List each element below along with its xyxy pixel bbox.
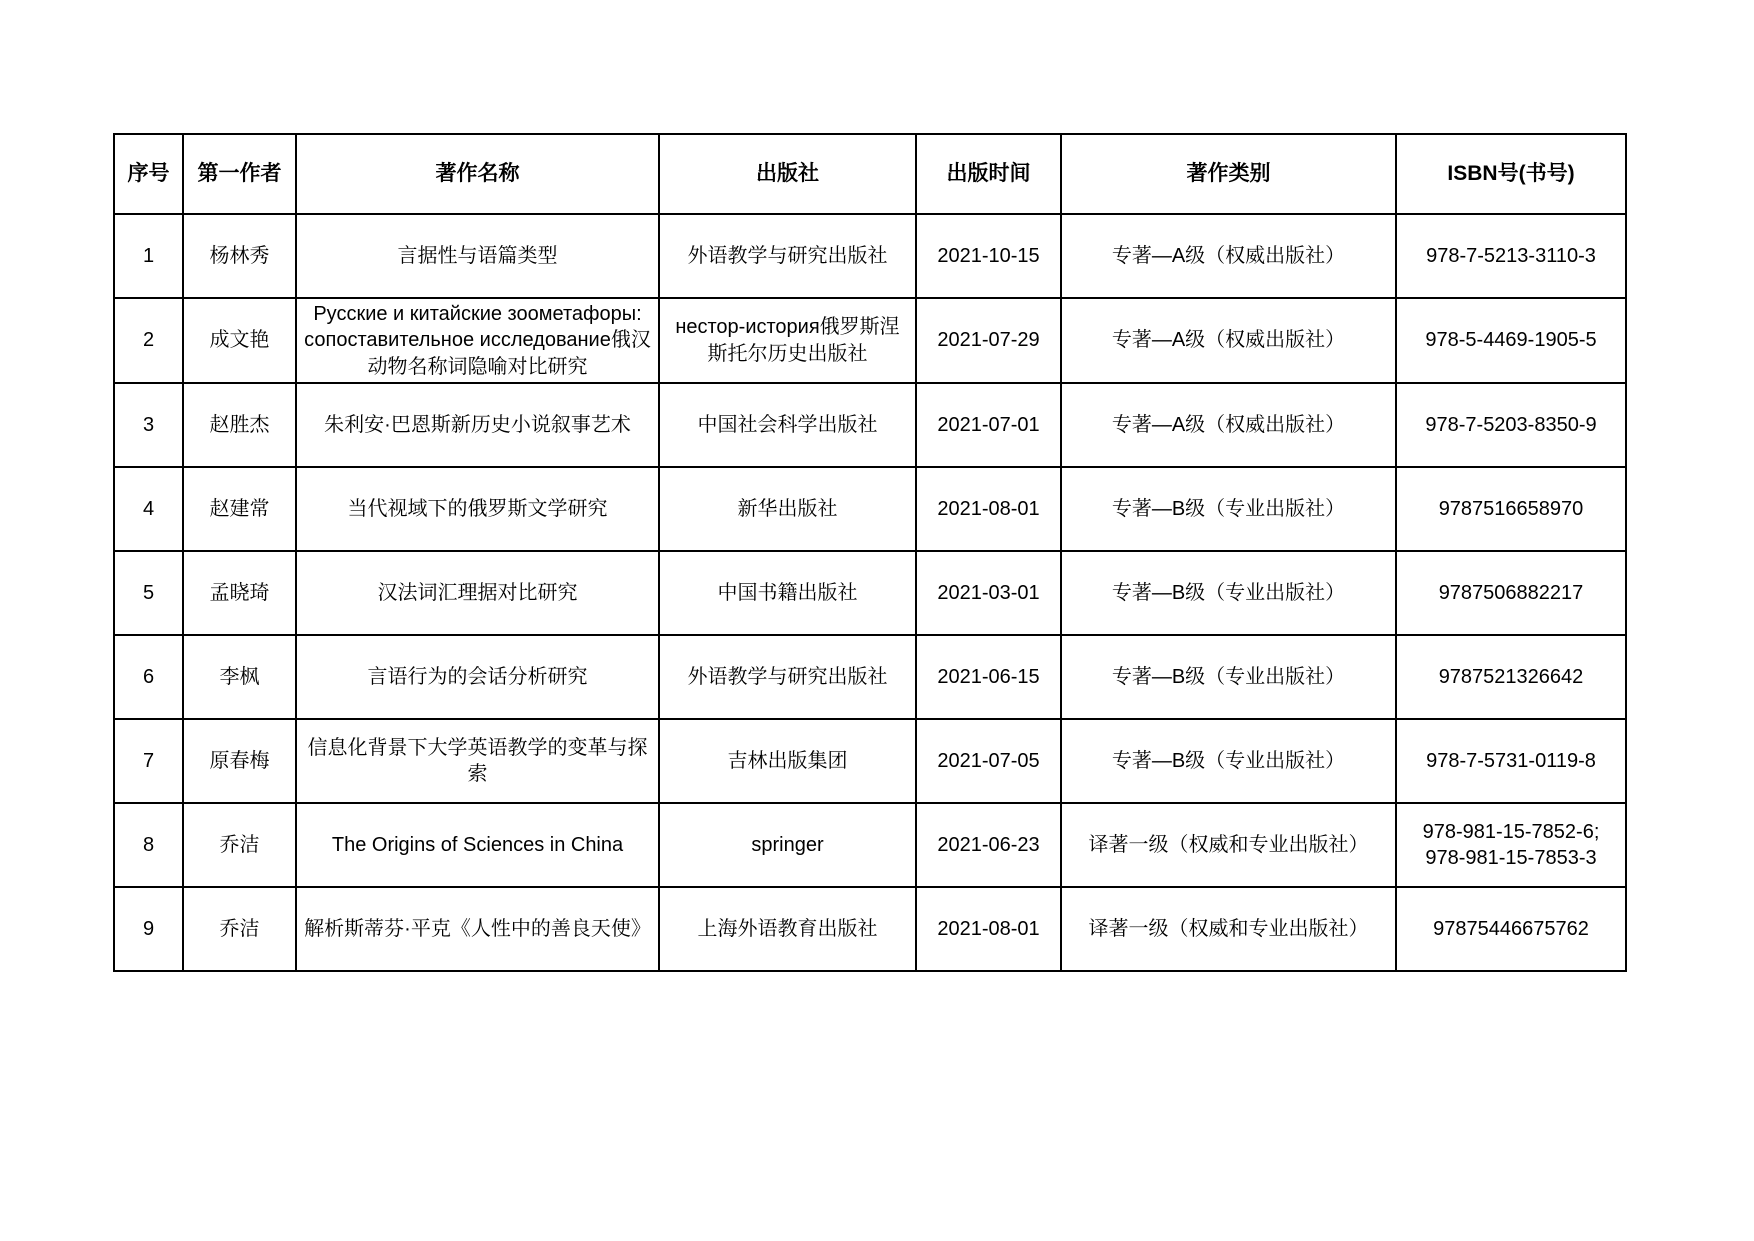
col-header-date: 出版时间 (916, 134, 1061, 214)
cell-author: 乔洁 (183, 803, 296, 887)
cell-author: 孟晓琦 (183, 551, 296, 635)
cell-publisher: 吉林出版集团 (659, 719, 916, 803)
cell-isbn: 978-7-5213-3110-3 (1396, 214, 1626, 298)
cell-isbn: 978-7-5731-0119-8 (1396, 719, 1626, 803)
cell-date: 2021-08-01 (916, 887, 1061, 971)
cell-publisher: нестор-история俄罗斯涅斯托尔历史出版社 (659, 298, 916, 383)
cell-publisher: 外语教学与研究出版社 (659, 214, 916, 298)
cell-title: 言语行为的会话分析研究 (296, 635, 659, 719)
cell-seq: 6 (114, 635, 183, 719)
cell-date: 2021-10-15 (916, 214, 1061, 298)
table-row: 3 赵胜杰 朱利安·巴恩斯新历史小说叙事艺术 中国社会科学出版社 2021-07… (114, 383, 1626, 467)
publications-table: 序号 第一作者 著作名称 出版社 出版时间 著作类别 ISBN号(书号) 1 杨… (113, 133, 1627, 972)
cell-seq: 3 (114, 383, 183, 467)
cell-title: The Origins of Sciences in China (296, 803, 659, 887)
cell-seq: 7 (114, 719, 183, 803)
cell-author: 成文艳 (183, 298, 296, 383)
cell-date: 2021-06-23 (916, 803, 1061, 887)
header-row: 序号 第一作者 著作名称 出版社 出版时间 著作类别 ISBN号(书号) (114, 134, 1626, 214)
cell-author: 赵建常 (183, 467, 296, 551)
cell-seq: 8 (114, 803, 183, 887)
cell-title: Русские и китайские зоометафоры: сопоста… (296, 298, 659, 383)
table-row: 5 孟晓琦 汉法词汇理据对比研究 中国书籍出版社 2021-03-01 专著—B… (114, 551, 1626, 635)
cell-title: 解析斯蒂芬·平克《人性中的善良天使》 (296, 887, 659, 971)
cell-isbn: 978-5-4469-1905-5 (1396, 298, 1626, 383)
table-row: 8 乔洁 The Origins of Sciences in China sp… (114, 803, 1626, 887)
cell-category: 专著—B级（专业出版社） (1061, 467, 1396, 551)
cell-author: 原春梅 (183, 719, 296, 803)
cell-isbn: 978-7-5203-8350-9 (1396, 383, 1626, 467)
cell-title: 朱利安·巴恩斯新历史小说叙事艺术 (296, 383, 659, 467)
cell-category: 专著—B级（专业出版社） (1061, 635, 1396, 719)
table-row: 6 李枫 言语行为的会话分析研究 外语教学与研究出版社 2021-06-15 专… (114, 635, 1626, 719)
cell-isbn: 9787506882217 (1396, 551, 1626, 635)
cell-isbn: 9787521326642 (1396, 635, 1626, 719)
cell-author: 李枫 (183, 635, 296, 719)
cell-publisher: springer (659, 803, 916, 887)
cell-date: 2021-08-01 (916, 467, 1061, 551)
cell-author: 杨林秀 (183, 214, 296, 298)
cell-seq: 9 (114, 887, 183, 971)
cell-seq: 4 (114, 467, 183, 551)
cell-category: 专著—B级（专业出版社） (1061, 719, 1396, 803)
cell-isbn: 97875446675762 (1396, 887, 1626, 971)
cell-date: 2021-06-15 (916, 635, 1061, 719)
cell-title: 当代视域下的俄罗斯文学研究 (296, 467, 659, 551)
col-header-author: 第一作者 (183, 134, 296, 214)
cell-date: 2021-07-05 (916, 719, 1061, 803)
table-row: 4 赵建常 当代视域下的俄罗斯文学研究 新华出版社 2021-08-01 专著—… (114, 467, 1626, 551)
cell-title: 言据性与语篇类型 (296, 214, 659, 298)
cell-category: 专著—A级（权威出版社） (1061, 214, 1396, 298)
cell-isbn: 9787516658970 (1396, 467, 1626, 551)
cell-publisher: 外语教学与研究出版社 (659, 635, 916, 719)
table-row: 7 原春梅 信息化背景下大学英语教学的变革与探索 吉林出版集团 2021-07-… (114, 719, 1626, 803)
table-row: 9 乔洁 解析斯蒂芬·平克《人性中的善良天使》 上海外语教育出版社 2021-0… (114, 887, 1626, 971)
cell-seq: 1 (114, 214, 183, 298)
cell-author: 乔洁 (183, 887, 296, 971)
cell-isbn: 978-981-15-7852-6; 978-981-15-7853-3 (1396, 803, 1626, 887)
cell-category: 译著一级（权威和专业出版社） (1061, 887, 1396, 971)
cell-date: 2021-03-01 (916, 551, 1061, 635)
cell-author: 赵胜杰 (183, 383, 296, 467)
table-row: 2 成文艳 Русские и китайские зоометафоры: с… (114, 298, 1626, 383)
document-page: 序号 第一作者 著作名称 出版社 出版时间 著作类别 ISBN号(书号) 1 杨… (0, 0, 1754, 1241)
cell-publisher: 中国社会科学出版社 (659, 383, 916, 467)
cell-category: 专著—A级（权威出版社） (1061, 383, 1396, 467)
cell-title: 信息化背景下大学英语教学的变革与探索 (296, 719, 659, 803)
col-header-isbn: ISBN号(书号) (1396, 134, 1626, 214)
col-header-seq: 序号 (114, 134, 183, 214)
col-header-publisher: 出版社 (659, 134, 916, 214)
cell-title: 汉法词汇理据对比研究 (296, 551, 659, 635)
cell-date: 2021-07-01 (916, 383, 1061, 467)
cell-category: 专著—B级（专业出版社） (1061, 551, 1396, 635)
cell-seq: 5 (114, 551, 183, 635)
cell-category: 专著—A级（权威出版社） (1061, 298, 1396, 383)
col-header-title: 著作名称 (296, 134, 659, 214)
table-row: 1 杨林秀 言据性与语篇类型 外语教学与研究出版社 2021-10-15 专著—… (114, 214, 1626, 298)
cell-publisher: 上海外语教育出版社 (659, 887, 916, 971)
col-header-category: 著作类别 (1061, 134, 1396, 214)
cell-category: 译著一级（权威和专业出版社） (1061, 803, 1396, 887)
cell-publisher: 中国书籍出版社 (659, 551, 916, 635)
cell-publisher: 新华出版社 (659, 467, 916, 551)
cell-date: 2021-07-29 (916, 298, 1061, 383)
cell-seq: 2 (114, 298, 183, 383)
